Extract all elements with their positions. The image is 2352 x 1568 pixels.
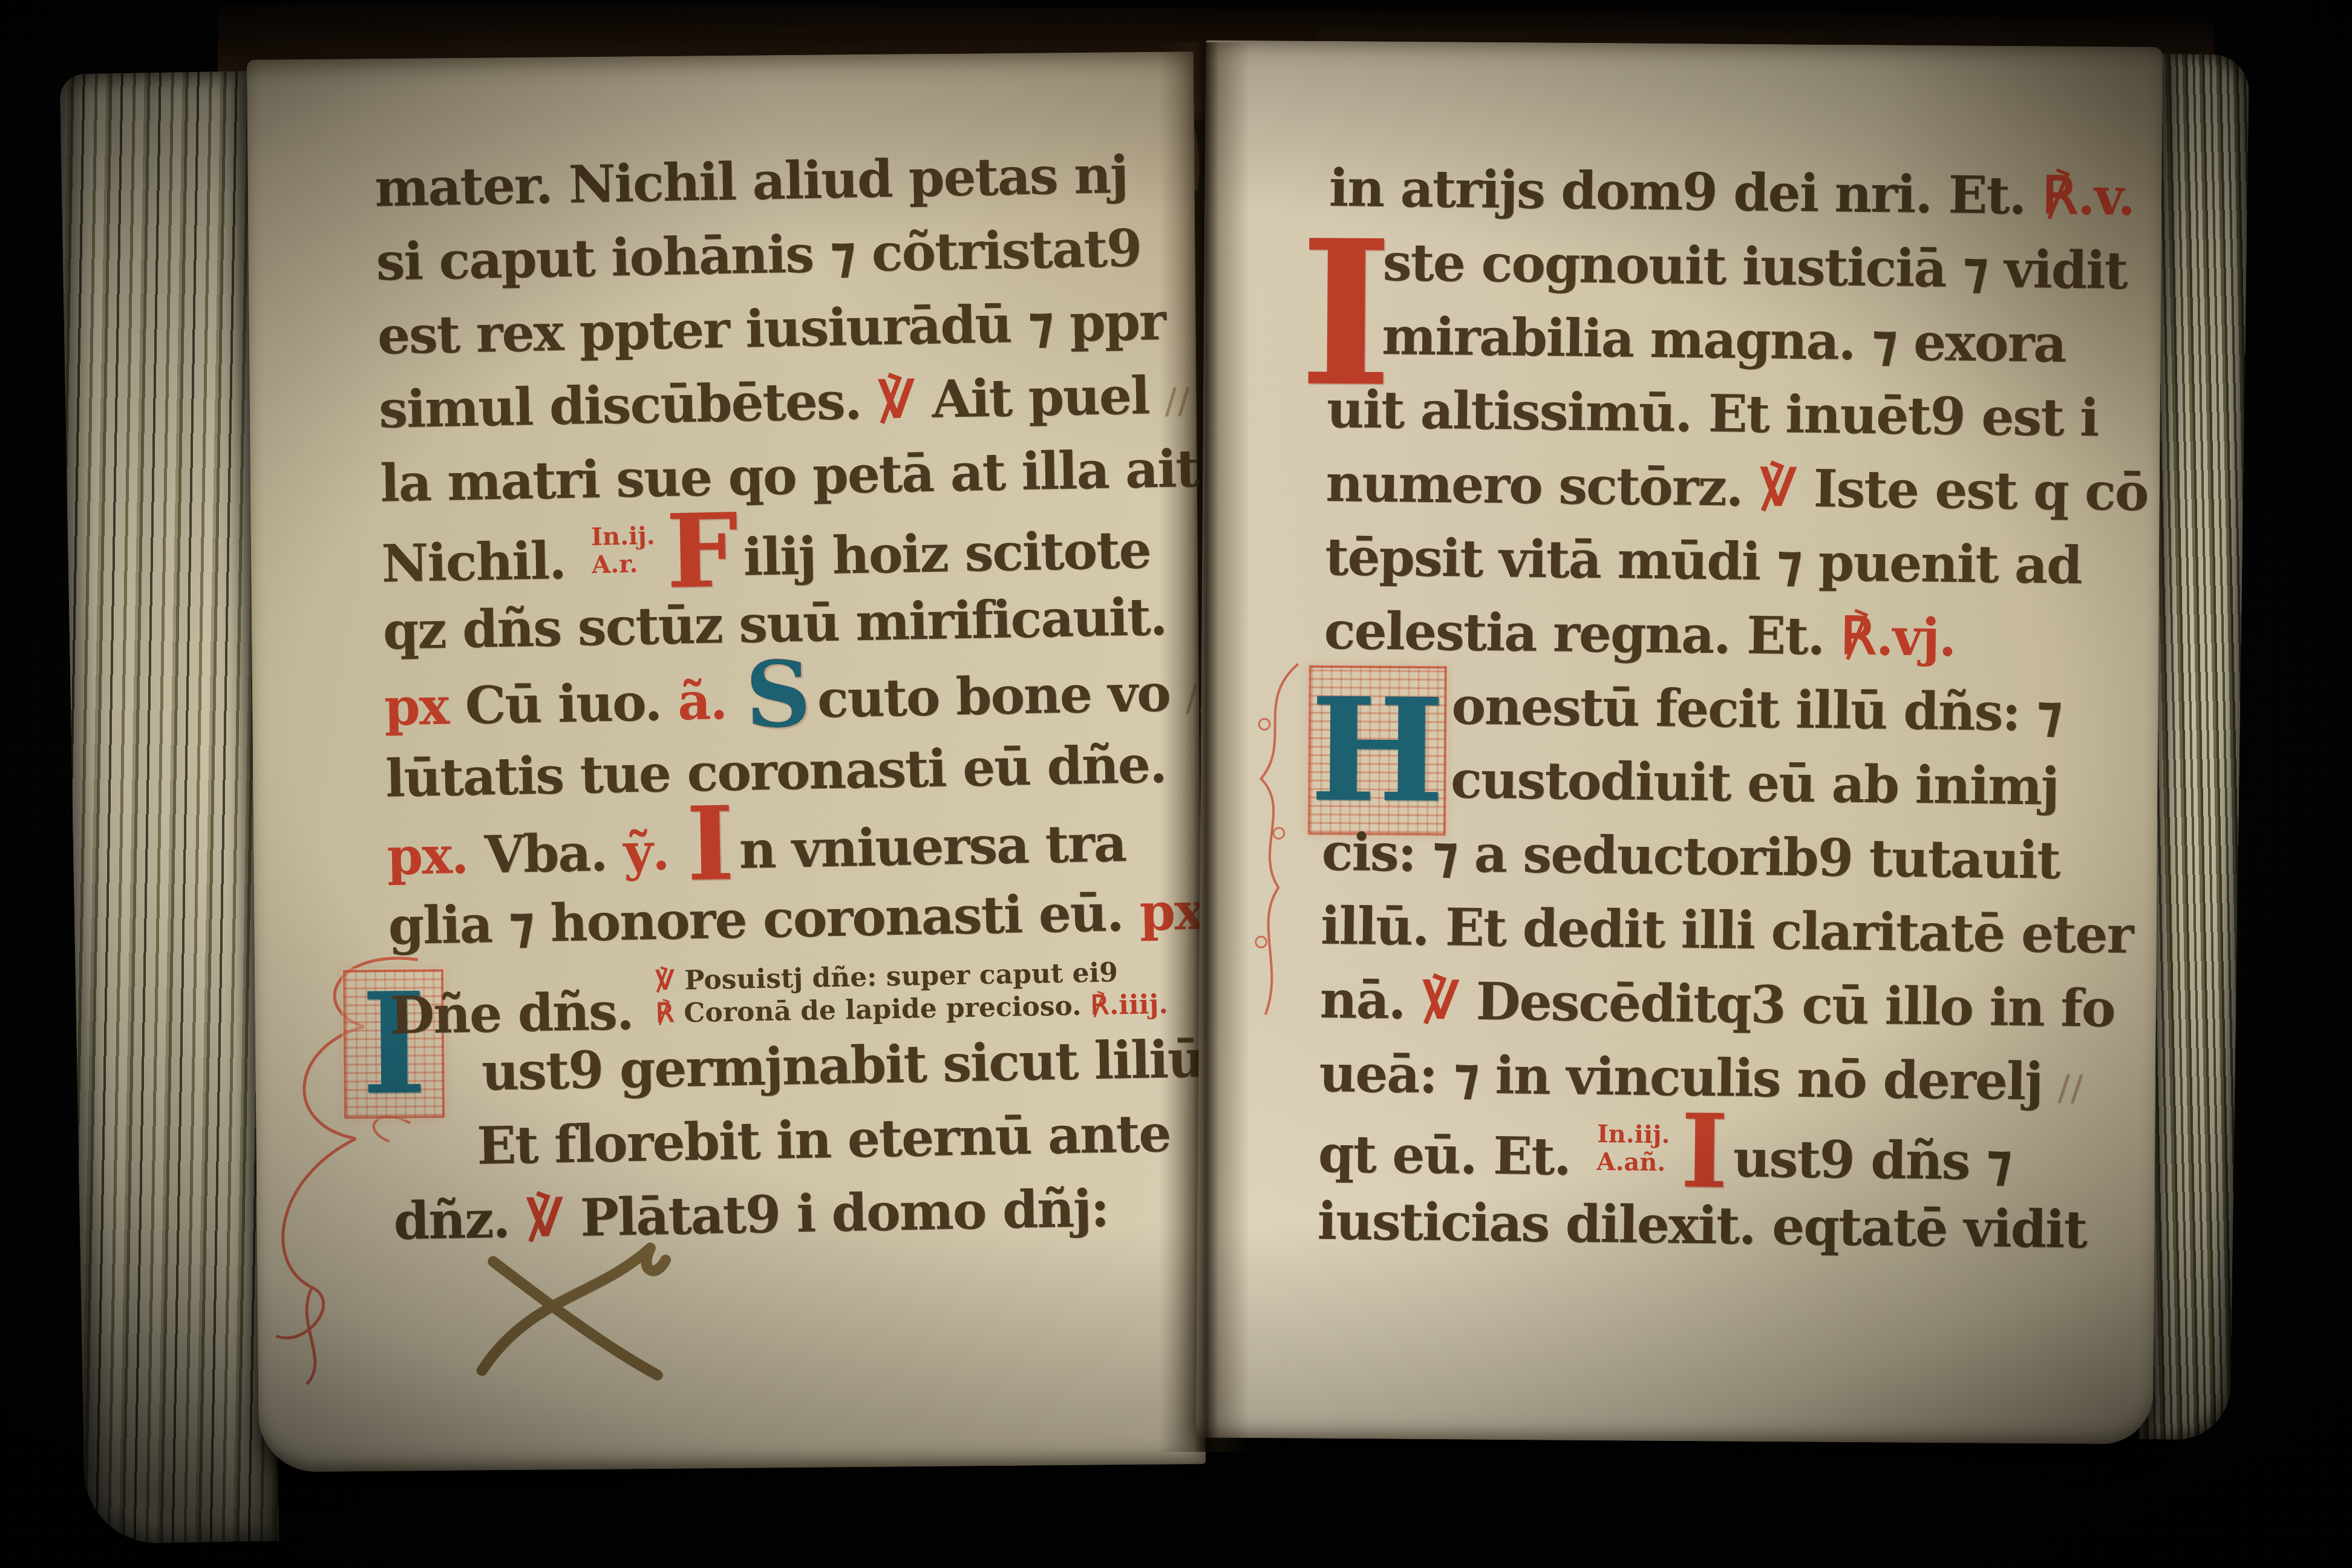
rubric-text: ℣ <box>525 1188 581 1250</box>
text-line: custodiuit eū ab inimj <box>1322 748 2163 832</box>
rubric-text: ℟.vj. <box>1840 607 1956 668</box>
line-filler-marks: // <box>2057 1067 2084 1108</box>
latin-script-text: celestia regna. Et. <box>1324 601 1841 667</box>
latin-script-text: n vniuersa tra <box>739 813 1126 881</box>
rubric-text: ℟.v. <box>2042 166 2134 227</box>
text-line: in atrijs dom9 dei nri. Et. ℟.v. <box>1328 158 2170 241</box>
rubric-text: px. <box>387 825 485 887</box>
illuminated-initial: I <box>686 816 733 871</box>
rubric-text: ℣ <box>1759 458 1814 519</box>
manuscript-book: I mater. Nichil aliud petas njsi caput i… <box>0 0 2352 1568</box>
latin-script-text: Et florebit in eternū ante <box>477 1103 1171 1177</box>
latin-script-text: Plātat9 i domo dñj: <box>580 1178 1109 1249</box>
photo-backdrop: I mater. Nichil aliud petas njsi caput i… <box>0 0 2352 1568</box>
latin-script-text: simul discūbētes. <box>378 370 878 440</box>
text-line: qt eū. Et. In.iij.A.añ.Iust9 dñs ⁊ <box>1318 1117 2159 1201</box>
illuminated-initial: S <box>745 667 811 723</box>
latin-script-text: custodiuit eū ab inimj <box>1451 750 2059 817</box>
rubric-annotation-row: In.ij. <box>591 522 655 551</box>
text-line: nā. ℣ Descēditq3 cū illo in fo <box>1319 970 2161 1053</box>
left-page: I mater. Nichil aliud petas njsi caput i… <box>247 51 1206 1472</box>
book-gutter <box>1159 42 1250 1452</box>
rubric-text: px <box>384 676 466 737</box>
latin-script-text: ust9 dñs ⁊ <box>1733 1129 2011 1192</box>
text-line: mirabilia magna. ⁊ exora <box>1327 305 2169 389</box>
latin-script-text: Iste est q cō <box>1813 459 2148 523</box>
latin-script-text: Dñe dñs. <box>390 981 650 1047</box>
latin-script-text: qt eū. Et. <box>1318 1124 1587 1187</box>
interlinear-verse: ℣ Posuistj dñe: super caput ei9℟ Coronā … <box>655 956 1169 1031</box>
left-page-edges <box>60 71 279 1544</box>
text-line: dñz. ℣ Plātat9 i domo dñj: <box>393 1176 1217 1265</box>
illuminated-initial: F <box>665 523 737 579</box>
latin-script-text: tēpsit vitā mūdi ⁊ puenit ad <box>1325 527 2082 596</box>
text-line: iusticias dilexit. eqtatē vidit <box>1317 1191 2158 1275</box>
rubric-annotation-row: In.iij. <box>1597 1120 1670 1149</box>
text-line: cis: ⁊ a seductorib9 tutauit <box>1321 822 2163 906</box>
right-page: H I in atrijs dom9 dei nri. Et. ℟.v.ste … <box>1196 41 2163 1445</box>
latin-script-text: in atrijs dom9 dei nri. Et. <box>1329 158 2043 226</box>
latin-script-text: cis: ⁊ a seductorib9 tutauit <box>1321 822 2060 891</box>
latin-script-text: glia ⁊ honore coronasti eū. <box>388 883 1140 957</box>
left-page-text: mater. Nichil aliud petas njsi caput ioh… <box>374 143 1217 1266</box>
latin-script-text: numero sctōrz. <box>1325 453 1760 518</box>
latin-script-text: ste cognouit iusticiā ⁊ vidit <box>1382 232 2127 301</box>
right-page-text: in atrijs dom9 dei nri. Et. ℟.v.ste cogn… <box>1317 158 2171 1275</box>
latin-script-text: ilij hoiz scitote <box>743 520 1151 587</box>
latin-script-text: Cū iuo. <box>465 672 678 736</box>
latin-script-text: Vba. <box>484 822 624 885</box>
text-line: tēpsit vitā mūdi ⁊ puenit ad <box>1324 527 2166 610</box>
latin-script-text: dñz. <box>393 1189 526 1252</box>
rubric-text: ỹ. <box>623 821 686 883</box>
text-line: onestū fecit illū dñs: ⁊ <box>1323 675 2164 758</box>
versicle-mark: ℣ <box>655 965 685 996</box>
latin-script-text: illū. Et dedit illi claritatē eter <box>1321 896 2133 965</box>
rubric-text: ℣ <box>1421 971 1476 1032</box>
rubric-annotation-row: A.r. <box>592 550 656 579</box>
text-line: numero sctōrz. ℣ Iste est q cō <box>1325 453 2167 537</box>
latin-script-text: Ait puel <box>932 365 1149 430</box>
latin-script-text: Descēditq3 cū illo in fo <box>1475 972 2115 1039</box>
rubric-annotation: In.iij.A.añ. <box>1596 1120 1670 1177</box>
text-line: uit altissimū. Et inuēt9 est i <box>1326 379 2167 463</box>
text-line: illū. Et dedit illi claritatē eter <box>1321 896 2162 979</box>
latin-script-text: nā. <box>1319 970 1422 1031</box>
rubric-text: ℣ <box>877 370 933 431</box>
latin-script-text: mirabilia magna. ⁊ exora <box>1382 306 2066 374</box>
text-line: ueā: ⁊ in vinculis nō derelj// <box>1319 1044 2160 1127</box>
response-mark: ℟.iiij. <box>1090 989 1168 1021</box>
rubric-annotation: In.ij.A.r. <box>591 522 656 579</box>
text-line: celestia regna. Et. ℟.vj. <box>1324 601 2165 684</box>
latin-script-text: mater. Nichil aliud petas nj <box>374 145 1128 219</box>
rubric-text: ã. <box>677 671 743 733</box>
latin-script-text: Nichil. <box>381 530 583 594</box>
latin-script-text: uit altissimū. Et inuēt9 est i <box>1326 379 2099 448</box>
versicle-mark: ℟ <box>656 998 684 1029</box>
verse-text: Coronā de lapide precioso. <box>684 990 1091 1028</box>
text-line: ste cognouit iusticiā ⁊ vidit <box>1328 232 2169 315</box>
illuminated-initial: I <box>1681 1124 1728 1179</box>
latin-script-text: cuto bone vo <box>817 663 1171 730</box>
latin-script-text: iusticias dilexit. eqtatē vidit <box>1317 1191 2086 1260</box>
rubric-annotation-row: A.añ. <box>1596 1148 1670 1177</box>
latin-script-text: onestū fecit illū dñs: ⁊ <box>1451 676 2062 743</box>
latin-script-text: ust9 germjnabit sicut liliū. <box>481 1028 1221 1102</box>
